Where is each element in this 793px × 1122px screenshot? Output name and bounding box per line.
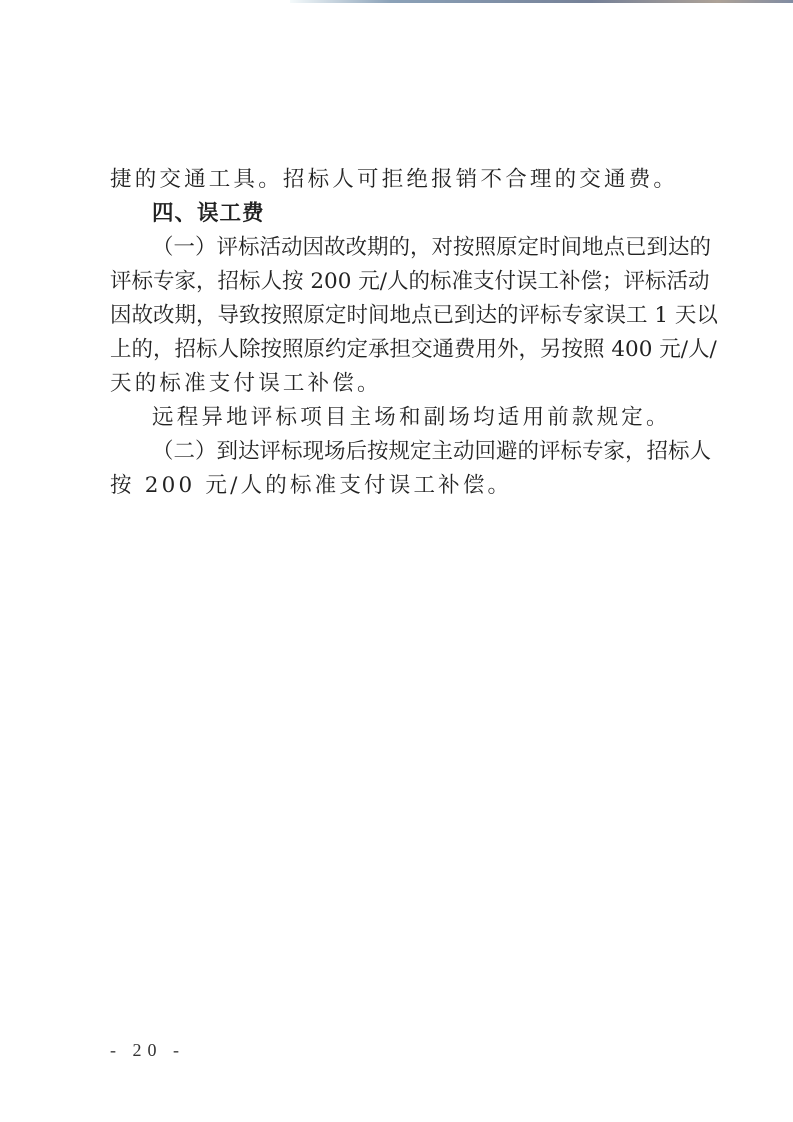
paragraph-line: 捷的交通工具。招标人可拒绝报销不合理的交通费。 xyxy=(110,163,695,197)
paragraph-line: 评标专家，招标人按 200 元/人的标准支付误工补偿；评标活动 xyxy=(110,265,695,299)
paragraph-line: 远程异地评标项目主场和副场均适用前款规定。 xyxy=(110,401,695,435)
paragraph-line: 天的标准支付误工补偿。 xyxy=(110,367,695,401)
paragraph-line: 因故改期，导致按照原定时间地点已到达的评标专家误工 1 天以 xyxy=(110,299,695,333)
paragraph-line: （二）到达评标现场后按规定主动回避的评标专家，招标人 xyxy=(110,435,695,469)
section-heading: 四、误工费 xyxy=(110,197,695,231)
page-number: - 20 - xyxy=(110,1040,185,1061)
paragraph-line: 上的，招标人除按照原约定承担交通费用外，另按照 400 元/人/ xyxy=(110,333,695,367)
scan-edge-line xyxy=(290,0,793,3)
paragraph-line: （一）评标活动因故改期的，对按照原定时间地点已到达的 xyxy=(110,231,695,265)
paragraph-line: 按 200 元/人的标准支付误工补偿。 xyxy=(110,469,695,503)
document-page: 捷的交通工具。招标人可拒绝报销不合理的交通费。 四、误工费 （一）评标活动因故改… xyxy=(110,163,695,503)
